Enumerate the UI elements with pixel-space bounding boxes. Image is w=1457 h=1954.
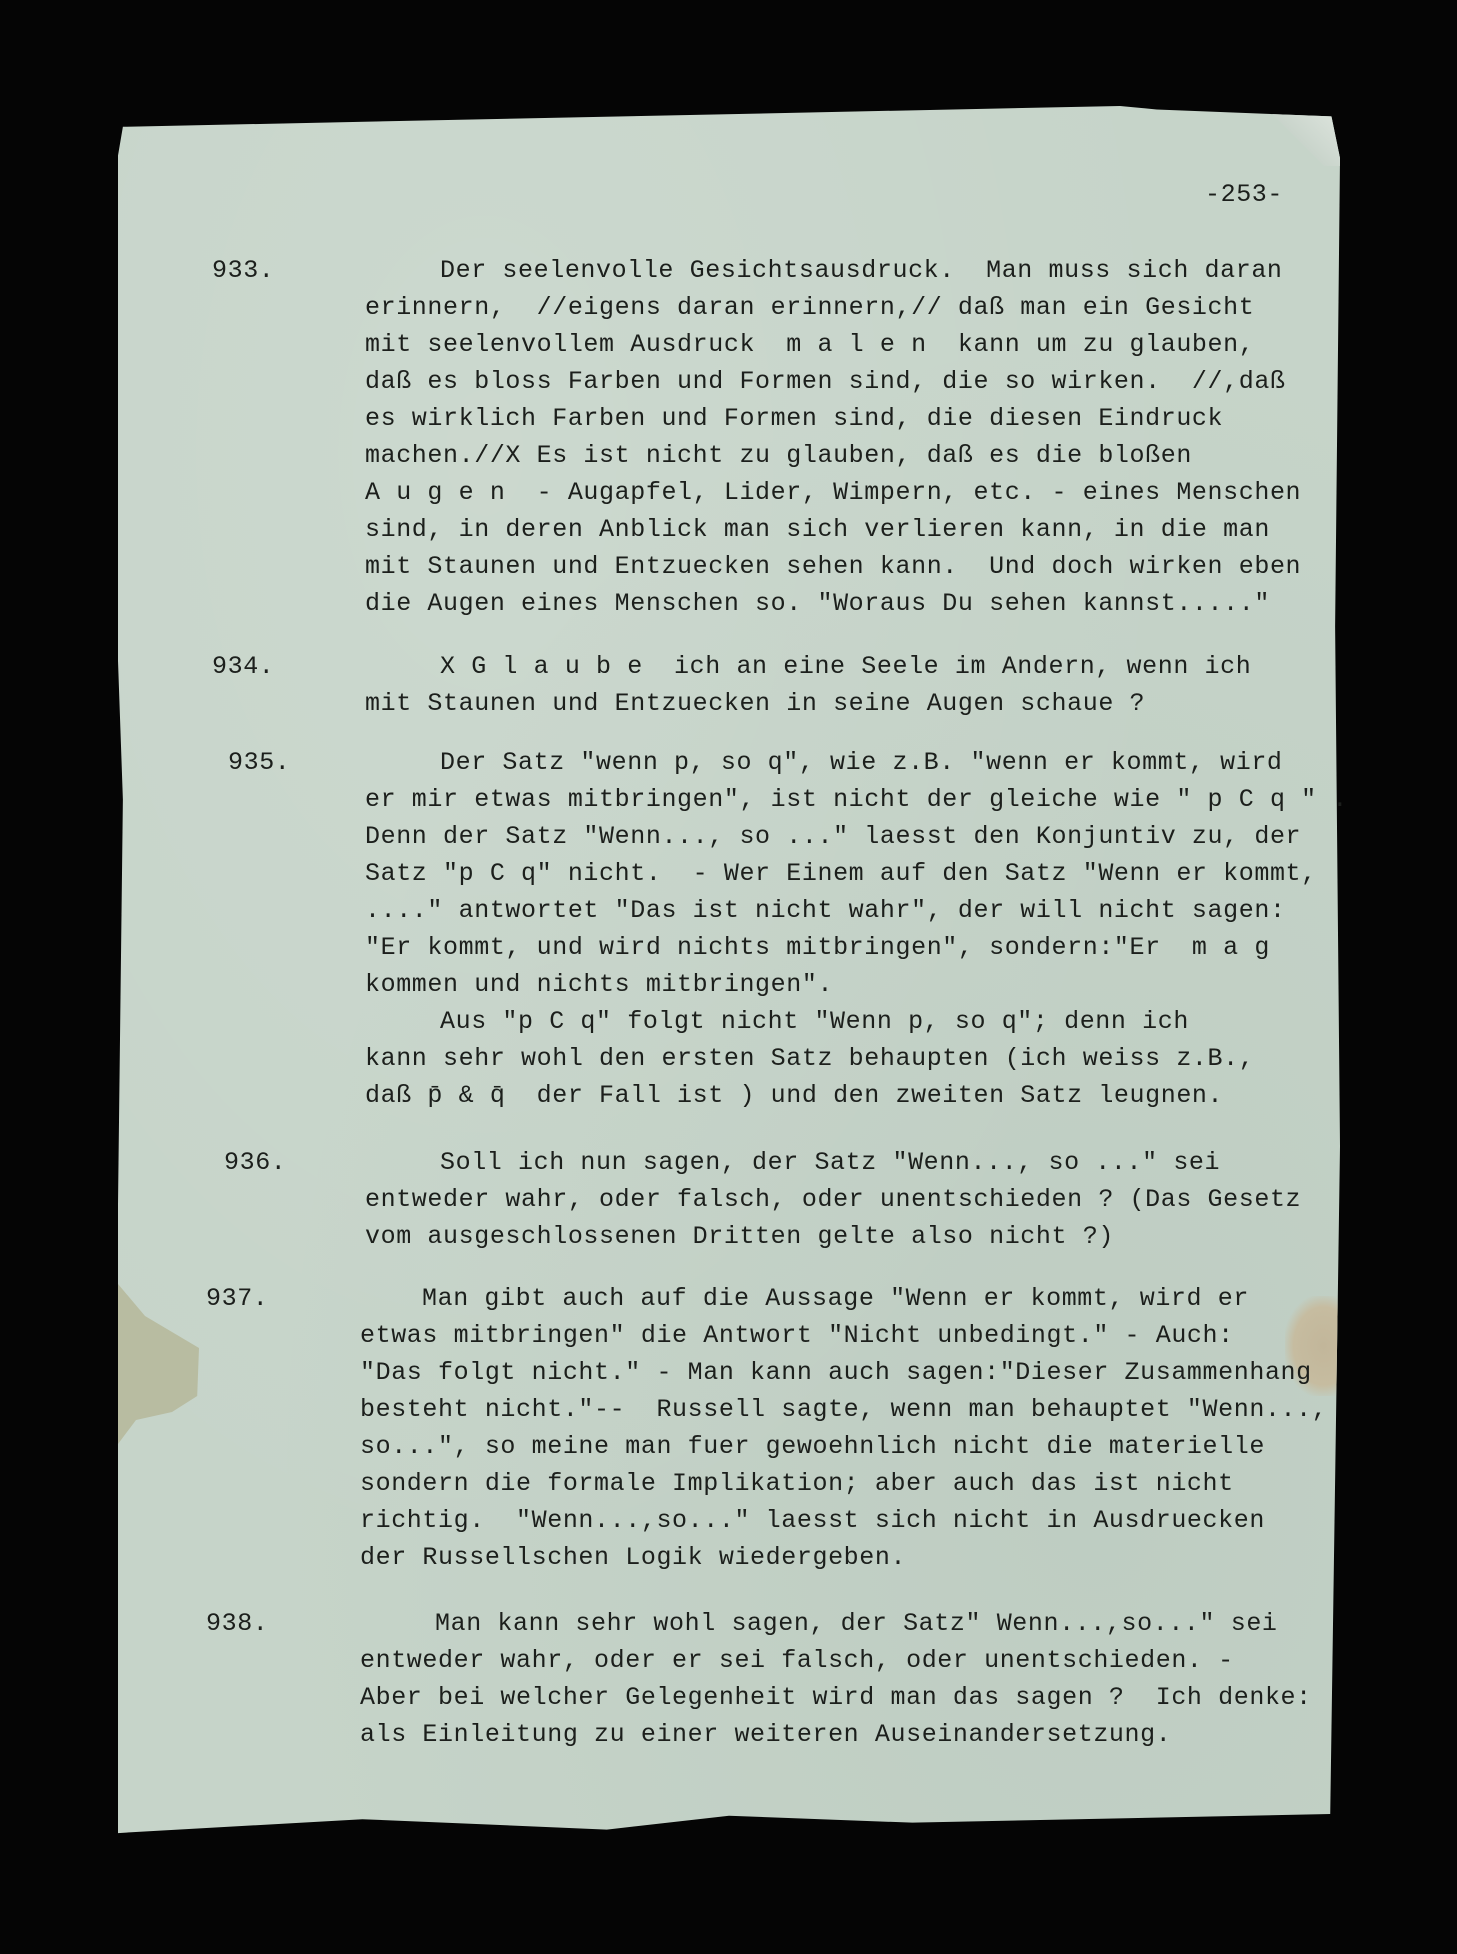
remark-937-line-8: der Russellschen Logik wiedergeben.	[360, 1543, 906, 1573]
folded-corner	[1250, 106, 1340, 166]
remark-number-937: 937.	[206, 1284, 268, 1314]
page-number: -253-	[1205, 180, 1283, 210]
remark-933-line-7: A u g e n - Augapfel, Lider, Wimpern, et…	[365, 478, 1301, 508]
remark-935-line-4: Satz "p C q" nicht. - Wer Einem auf den …	[365, 859, 1317, 889]
remark-937-line-3: "Das folgt nicht." - Man kann auch sagen…	[360, 1358, 1312, 1388]
remark-937-line-2: etwas mitbringen" die Antwort "Nicht unb…	[360, 1321, 1234, 1351]
water-stain-left	[118, 1284, 208, 1444]
remark-938-line-3: Aber bei welcher Gelegenheit wird man da…	[360, 1683, 1312, 1713]
remark-number-936: 936.	[224, 1148, 286, 1178]
remark-number-933: 933.	[212, 256, 274, 286]
remark-935-line-1: Der Satz "wenn p, so q", wie z.B. "wenn …	[440, 748, 1283, 778]
remark-number-934: 934.	[212, 652, 274, 682]
remark-933-line-9: mit Staunen und Entzuecken sehen kann. U…	[365, 552, 1301, 582]
remark-936-line-3: vom ausgeschlossenen Dritten gelte also …	[365, 1222, 1114, 1252]
remark-933-line-2: erinnern, //eigens daran erinnern,// daß…	[365, 293, 1254, 323]
remark-933-line-4: daß es bloss Farben und Formen sind, die…	[365, 367, 1286, 397]
remark-936-line-2: entweder wahr, oder falsch, oder unentsc…	[365, 1185, 1301, 1215]
remark-933-line-5: es wirklich Farben und Formen sind, die …	[365, 404, 1223, 434]
remark-935-line-5: ...." antwortet "Das ist nicht wahr", de…	[365, 896, 1286, 926]
remark-937-line-5: so...", so meine man fuer gewoehnlich ni…	[360, 1432, 1265, 1462]
remark-937-line-7: richtig. "Wenn...,so..." laesst sich nic…	[360, 1506, 1265, 1536]
remark-number-935: 935.	[228, 748, 290, 778]
remark-936-line-1: Soll ich nun sagen, der Satz "Wenn..., s…	[440, 1148, 1220, 1178]
remark-934-line-2: mit Staunen und Entzuecken in seine Auge…	[365, 689, 1145, 719]
remark-937-line-6: sondern die formale Implikation; aber au…	[360, 1469, 1234, 1499]
remark-935-line-7: kommen und nichts mitbringen".	[365, 970, 833, 1000]
remark-938-line-1: Man kann sehr wohl sagen, der Satz" Wenn…	[435, 1609, 1278, 1639]
remark-938-line-4: als Einleitung zu einer weiteren Auseina…	[360, 1720, 1171, 1750]
remark-933-line-3: mit seelenvollem Ausdruck m a l e n kann…	[365, 330, 1254, 360]
remark-937-line-4: besteht nicht."-- Russell sagte, wenn ma…	[360, 1395, 1327, 1425]
remark-933-line-6: machen.//X Es ist nicht zu glauben, daß …	[365, 441, 1192, 471]
remark-number-938: 938.	[206, 1609, 268, 1639]
remark-935-line-9: kann sehr wohl den ersten Satz behaupten…	[365, 1044, 1254, 1074]
remark-935-line-8: Aus "p C q" folgt nicht "Wenn p, so q"; …	[440, 1007, 1189, 1037]
remark-934-line-1: X G l a u b e ich an eine Seele im Ander…	[440, 652, 1251, 682]
remark-935-line-2: er mir etwas mitbringen", ist nicht der …	[365, 785, 1348, 815]
remark-933-line-8: sind, in deren Anblick man sich verliere…	[365, 515, 1270, 545]
remark-937-line-1: Man gibt auch auf die Aussage "Wenn er k…	[422, 1284, 1249, 1314]
remark-935-line-10: daß p̄ & q̄ der Fall ist ) und den zweit…	[365, 1081, 1223, 1111]
remark-935-line-6: "Er kommt, und wird nichts mitbringen", …	[365, 933, 1270, 963]
remark-935-line-3: Denn der Satz "Wenn..., so ..." laesst d…	[365, 822, 1301, 852]
remark-933-line-1: Der seelenvolle Gesichtsausdruck. Man mu…	[440, 256, 1283, 286]
remark-933-line-10: die Augen eines Menschen so. "Woraus Du …	[365, 589, 1270, 619]
remark-938-line-2: entweder wahr, oder er sei falsch, oder …	[360, 1646, 1234, 1676]
